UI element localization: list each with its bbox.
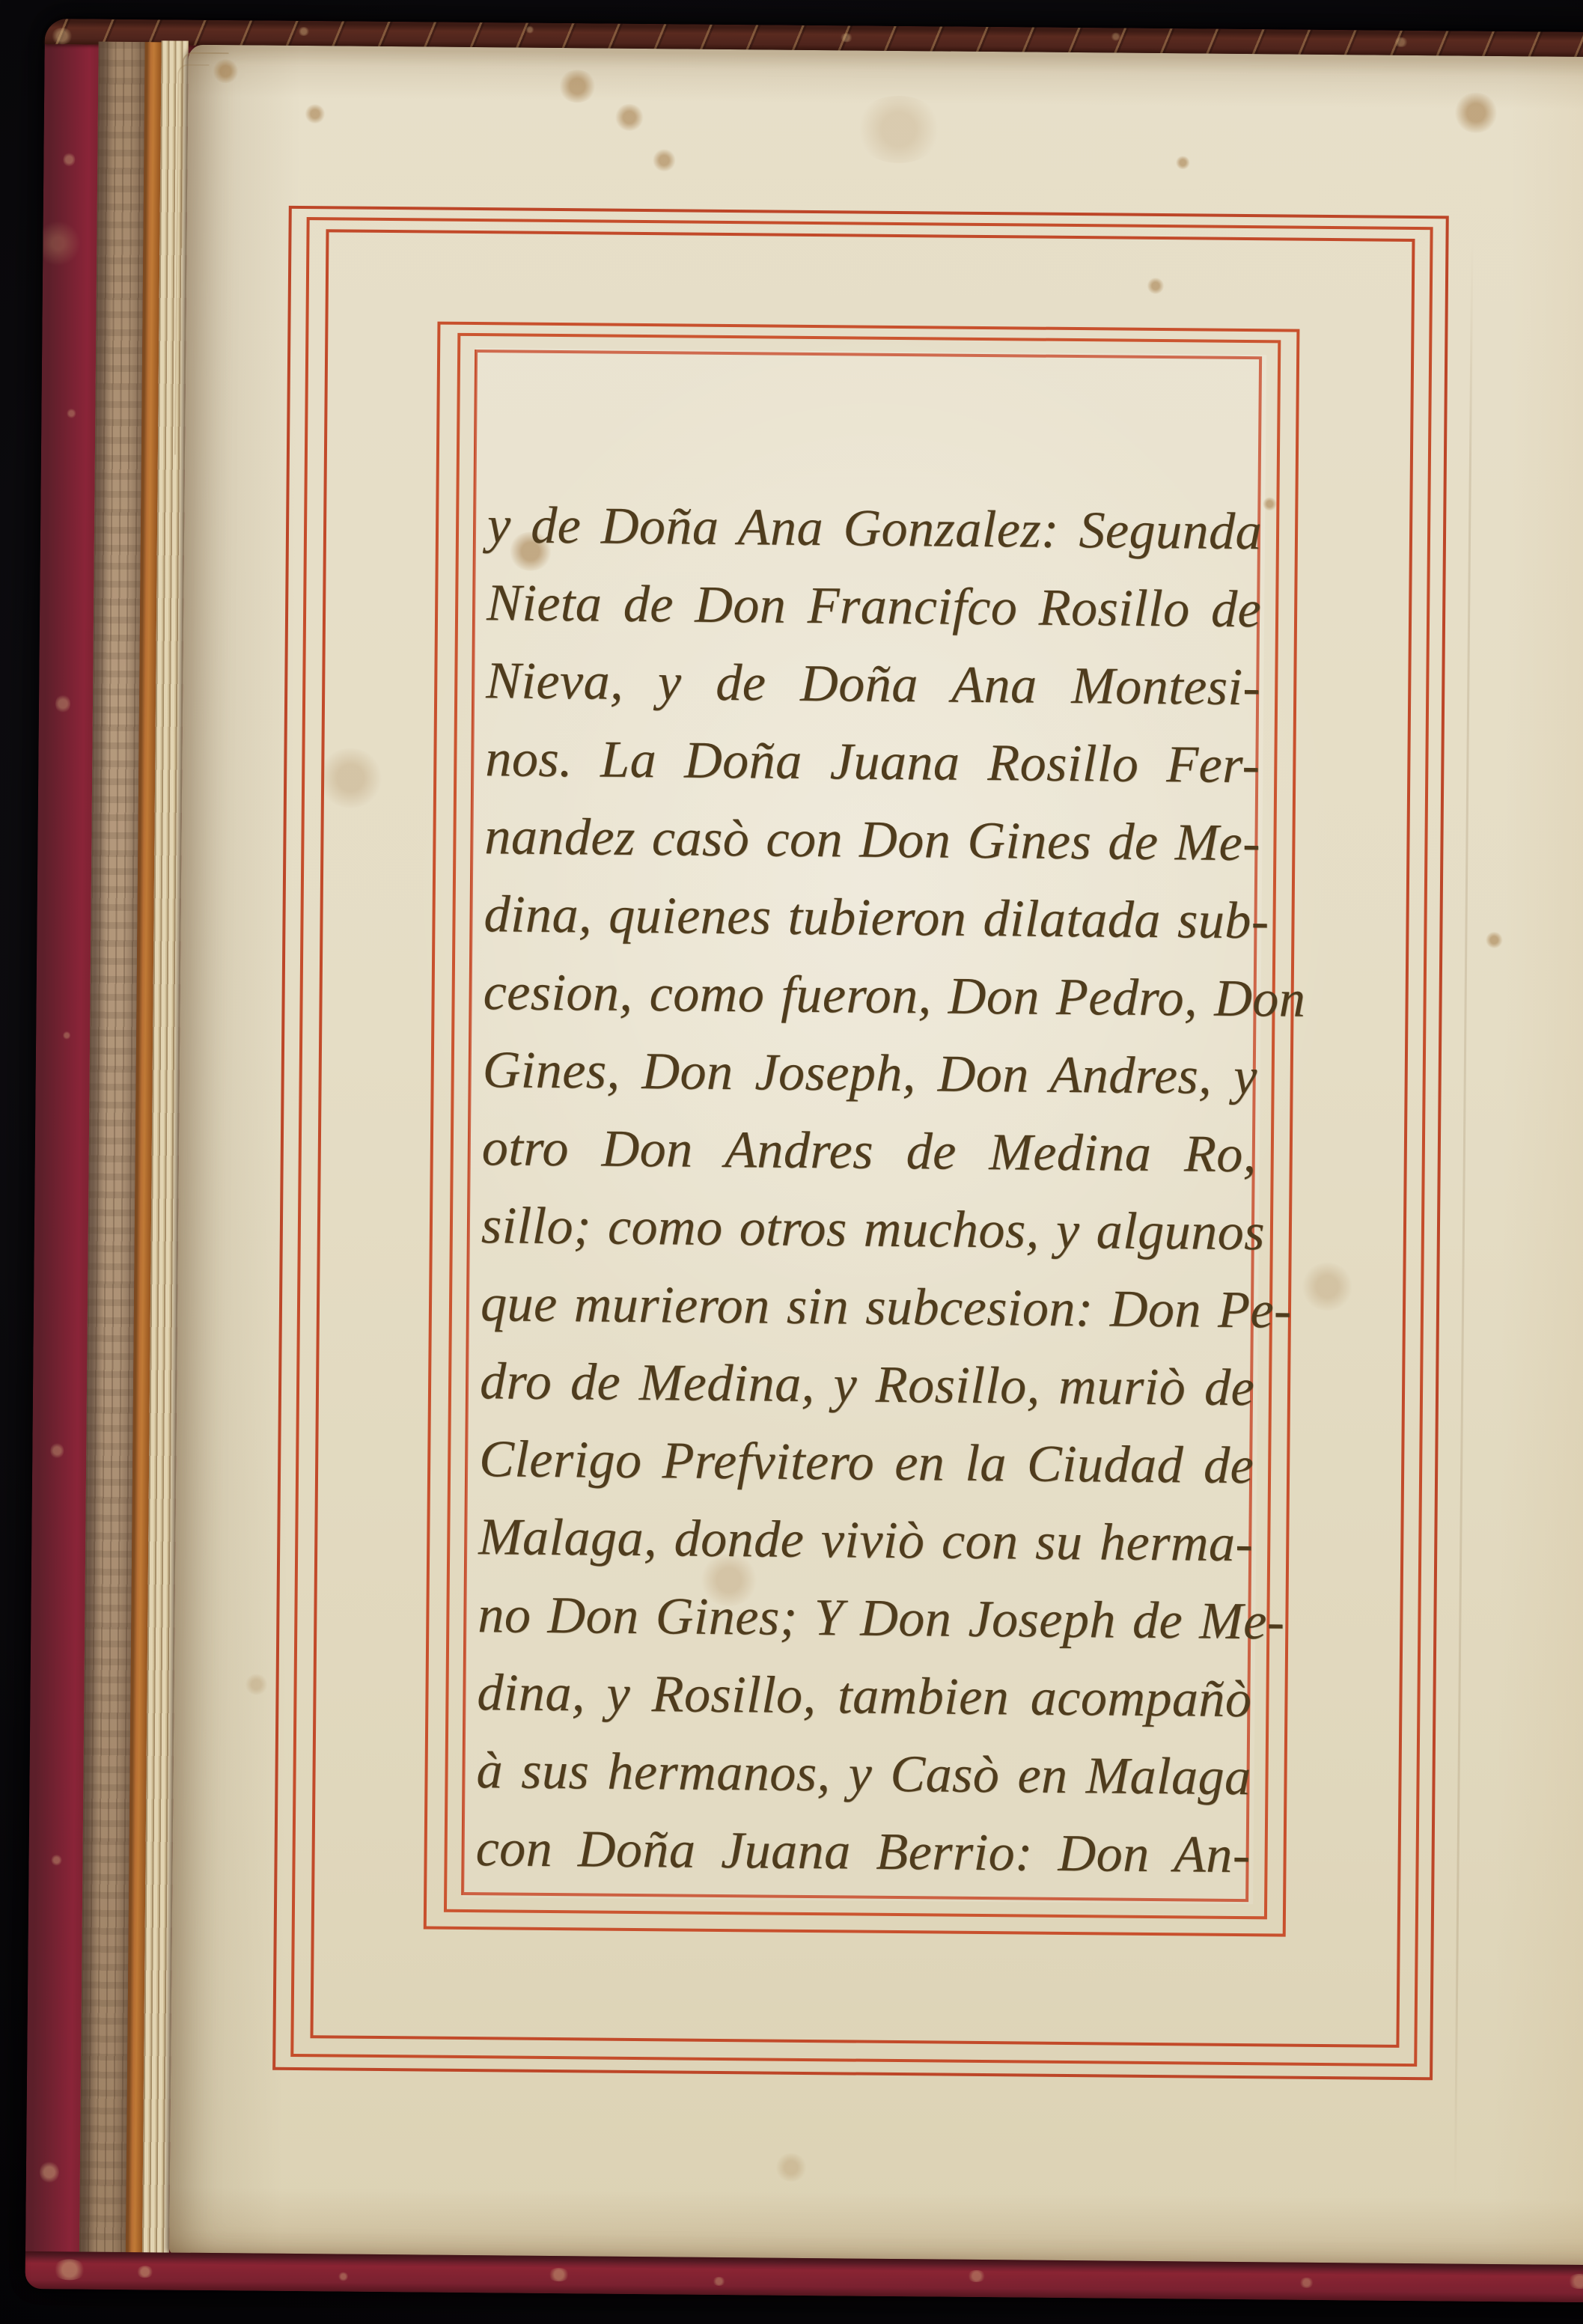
- leather-wear-spot: [52, 2259, 87, 2280]
- leather-wear-spot: [525, 26, 534, 34]
- under-sheet-corner: [174, 64, 210, 455]
- foxing-stain: [775, 2153, 808, 2182]
- text-line: dina, y Rosillo, tambien acompañò: [477, 1654, 1252, 1739]
- leather-wear-spot: [51, 28, 73, 44]
- photo-backdrop: { "manuscript": { "lines": [ "y de Doña …: [0, 0, 1583, 2324]
- foxing-stain: [853, 95, 944, 163]
- text-line: cesion, como fueron, Don Pedro, Don: [483, 954, 1258, 1038]
- text-line: Nieta de Don Francifco Rosillo de: [487, 564, 1262, 649]
- leather-wear-spot: [63, 152, 75, 167]
- leather-wear-spot: [40, 2161, 59, 2183]
- leather-wear-spot: [55, 694, 70, 713]
- foxing-stain: [1175, 156, 1190, 169]
- leather-wear-spot: [298, 27, 310, 36]
- foxing-stain: [1454, 92, 1498, 133]
- manuscript-page: y de Doña Ana Gonzalez: Segunda Nieta de…: [169, 45, 1583, 2267]
- foxing-stain: [1300, 1263, 1355, 1311]
- leather-wear-spot: [713, 2277, 726, 2286]
- book-cover: y de Doña Ana Gonzalez: Segunda Nieta de…: [25, 19, 1583, 2303]
- leather-wear-spot: [548, 2268, 570, 2281]
- text-line: Nieva, y de Doña Ana Montesi-: [486, 642, 1261, 727]
- leather-wear-spot: [840, 33, 853, 42]
- leather-wear-spot: [338, 2272, 349, 2281]
- text-line: dina, quienes tubieron dilatada sub-: [484, 876, 1259, 960]
- foxing-stain: [614, 104, 644, 131]
- foxing-stain: [558, 70, 597, 103]
- leather-wear-spot: [136, 2266, 154, 2278]
- foxing-stain: [652, 149, 676, 171]
- manuscript-text: y de Doña Ana Gonzalez: Segunda Nieta de…: [475, 487, 1262, 1894]
- foxing-stain: [244, 1674, 268, 1695]
- leather-wear-spot: [67, 408, 76, 418]
- leather-wear-spot: [63, 1031, 70, 1040]
- leather-wear-spot: [51, 1854, 61, 1866]
- text-line: à sus hermanos, y Casò en Malaga: [476, 1732, 1251, 1817]
- text-line: no Don Gines; Y Don Joseph de Me-: [478, 1576, 1253, 1661]
- text-line: dro de Medina, y Rosillo, muriò de: [480, 1343, 1255, 1427]
- text-line: y de Doña Ana Gonzalez: Segunda: [487, 487, 1263, 571]
- foxing-stain: [1262, 497, 1277, 510]
- leather-wear-spot: [50, 1442, 64, 1459]
- text-line: otro Don Andres de Medina Ro,: [481, 1109, 1257, 1194]
- leather-wear-spot: [1394, 37, 1409, 47]
- text-line: con Doña Juana Berrio: Don An-: [475, 1810, 1251, 1894]
- text-line: sillo; como otros muchos, y algunos: [481, 1187, 1256, 1272]
- text-line: Malaga, donde viviò con su herma-: [478, 1498, 1254, 1583]
- leather-wear-spot: [1567, 2274, 1583, 2289]
- text-line: Clerigo Prefvitero en la Ciudad de: [479, 1421, 1254, 1505]
- leather-wear-spot: [1111, 32, 1121, 40]
- text-line: nos. La Doña Juana Rosillo Fer-: [485, 720, 1260, 805]
- text-line: nandez casò con Don Gines de Me-: [484, 798, 1260, 882]
- leather-wear-spot: [1299, 2278, 1314, 2288]
- text-line: Gines, Don Joseph, Don Andres, y: [482, 1031, 1257, 1116]
- undersheet-ghost-edge: [1454, 236, 1474, 2197]
- text-line: que murieron sin subcesion: Don Pe-: [481, 1265, 1256, 1349]
- foxing-stain: [212, 59, 239, 83]
- foxing-stain: [317, 748, 384, 808]
- foxing-stain: [305, 104, 326, 123]
- foxing-stain: [1485, 932, 1503, 948]
- foxing-stain: [1147, 278, 1165, 294]
- leather-wear-spot: [967, 2270, 986, 2282]
